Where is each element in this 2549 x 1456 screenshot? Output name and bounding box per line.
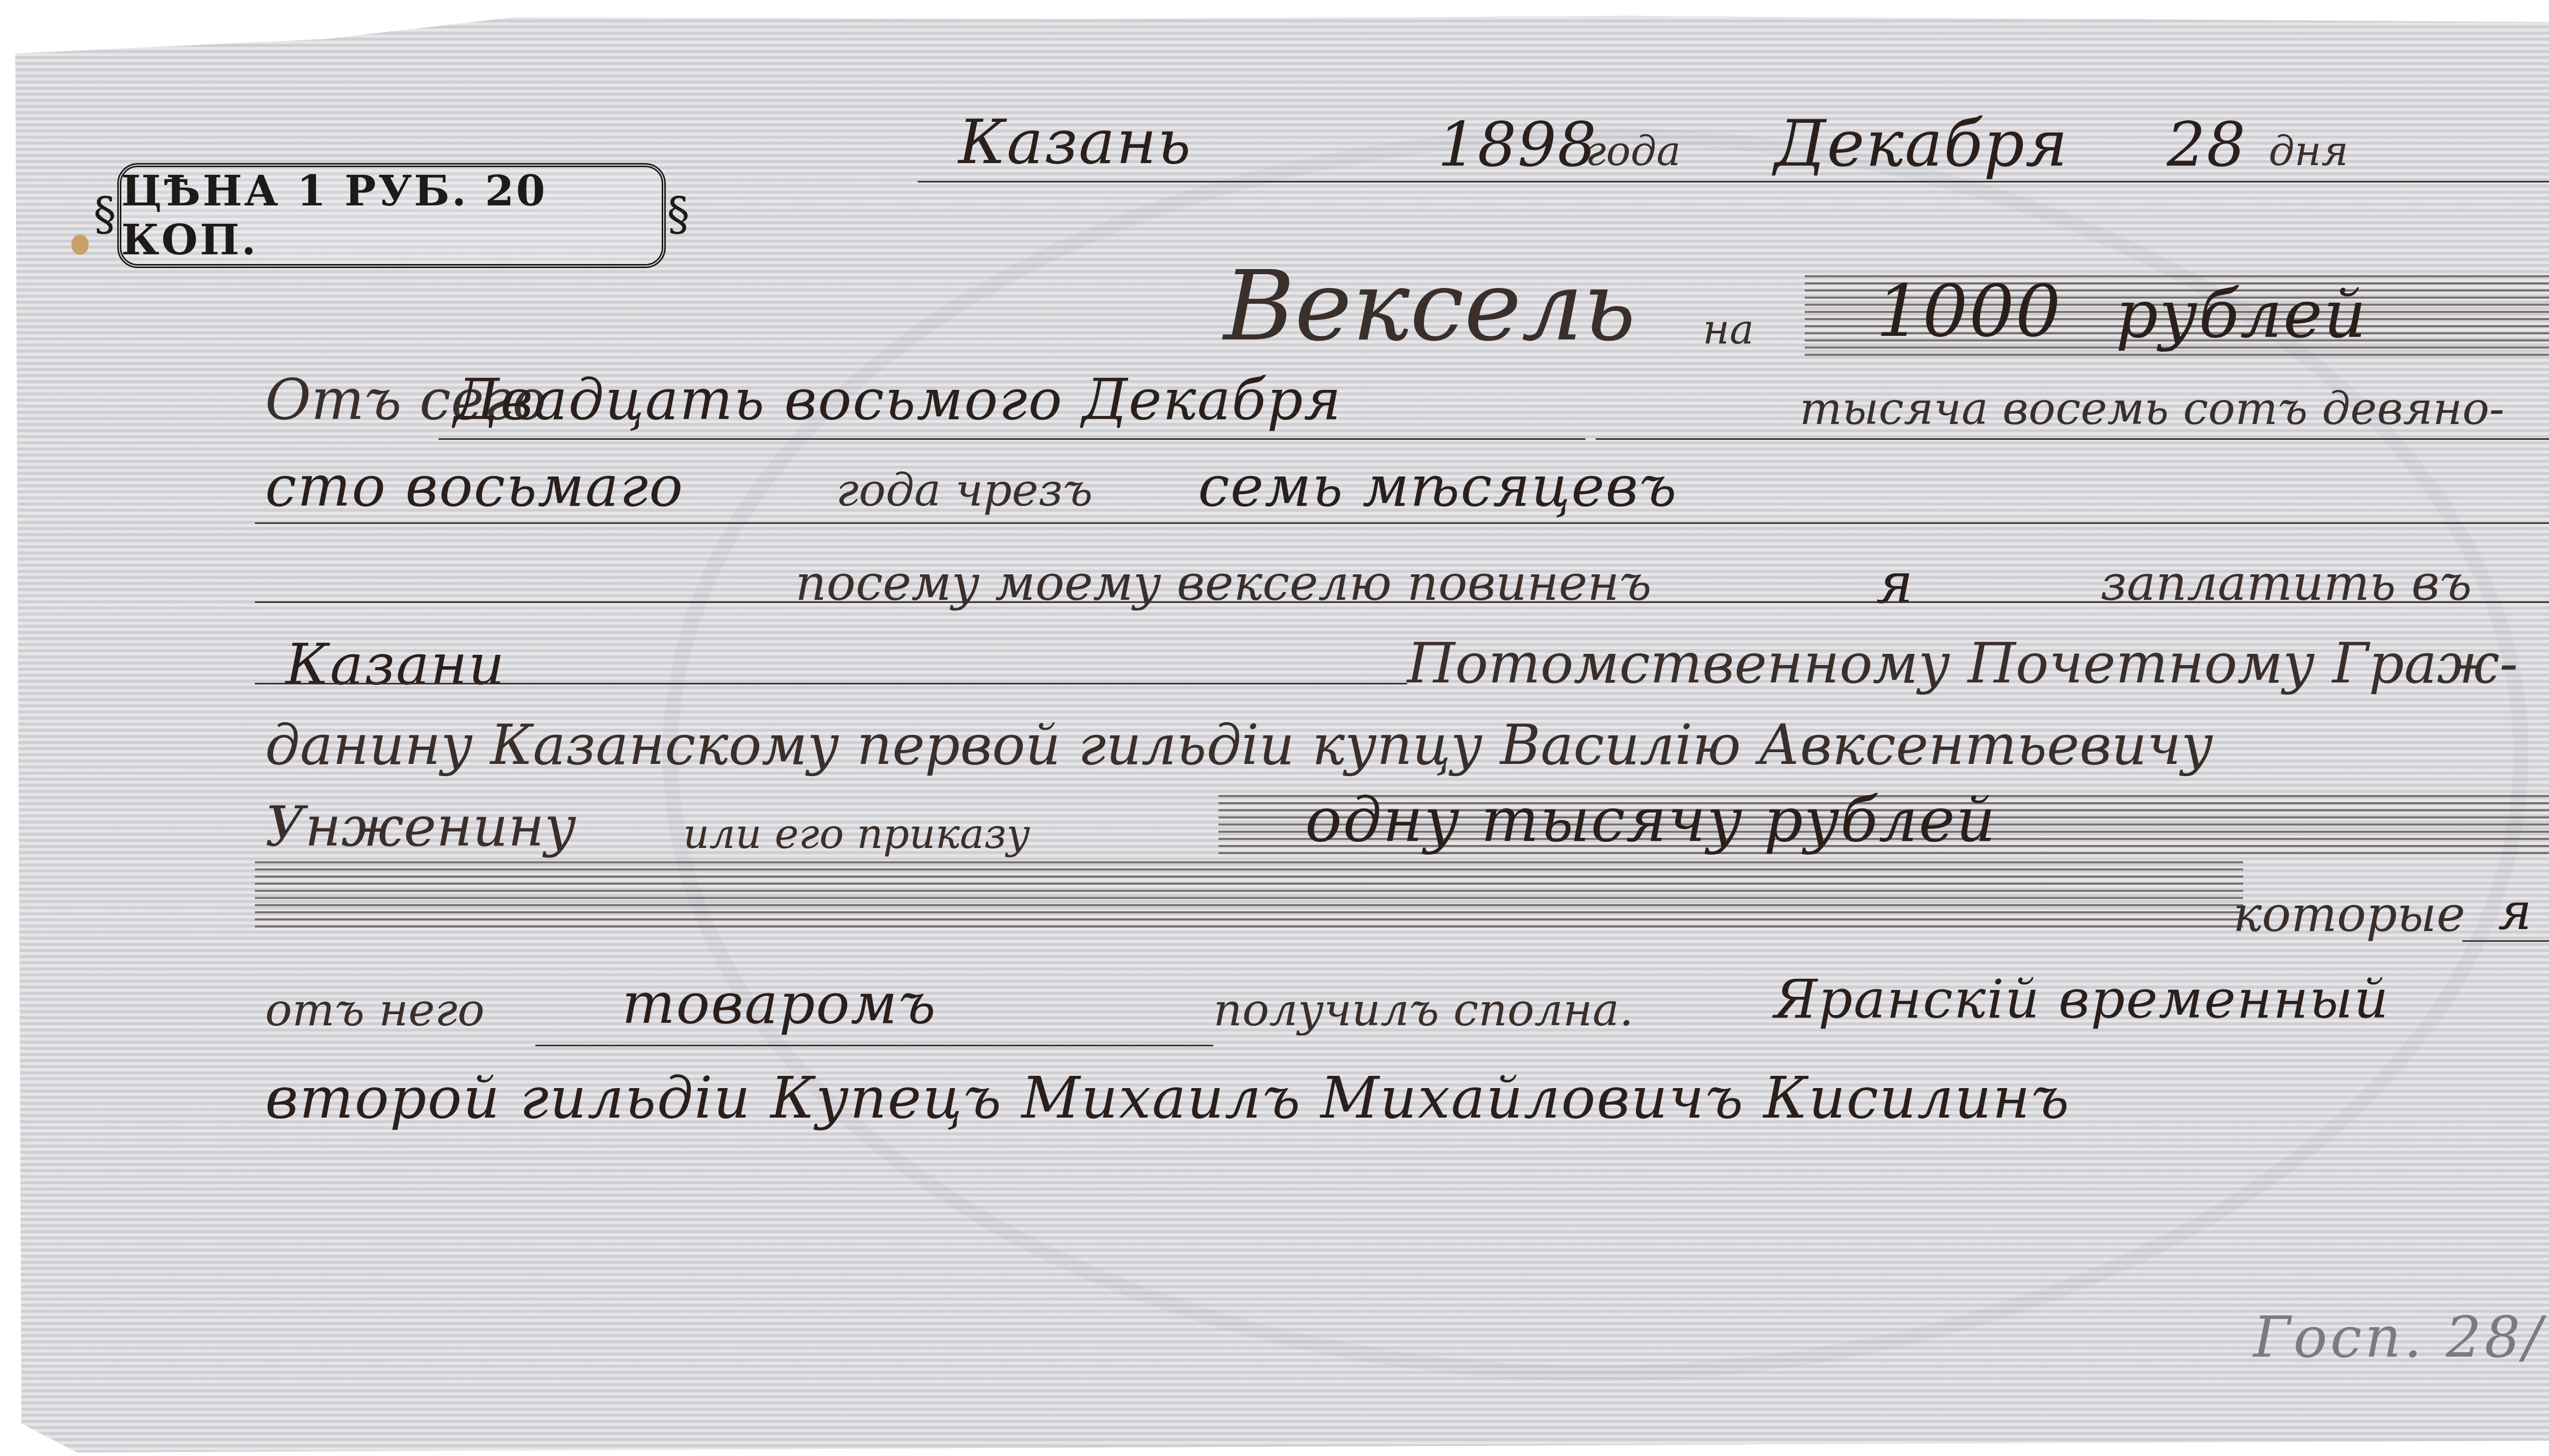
line5-printed: данину Казанскому первой гильдіи купцу В…	[265, 713, 2213, 777]
line3-handwritten: я	[1876, 550, 1914, 616]
document-title: Вексель	[1224, 250, 1636, 362]
line7-handwritten: я	[2498, 882, 2533, 941]
place-field: Казань	[958, 107, 1192, 178]
year-suffix: года	[1585, 127, 1681, 175]
line7-printed: которые	[2233, 887, 2465, 943]
price-label-box: ЦѢНА 1 РУБ. 20 КОП.	[117, 163, 666, 268]
line2-printed: года чрезъ	[836, 464, 1093, 516]
blank-hatch-field	[255, 861, 2243, 933]
amount-field: 1000	[1876, 270, 2062, 353]
day-field: 28	[2167, 110, 2247, 180]
line1-underline	[438, 438, 1585, 440]
line3-printed-2: заплатить въ	[2100, 555, 2472, 612]
sum-in-words: одну тысячу рублей	[1305, 785, 1996, 856]
line4-underline	[255, 683, 1407, 684]
line8-signer-rank: Яранскій временный	[1774, 968, 2389, 1030]
currency-field: рублей	[2116, 275, 2367, 353]
line7-underline	[2462, 940, 2549, 942]
line6-order: или его приказу	[683, 810, 1030, 858]
line8-underline	[535, 1045, 1213, 1046]
header-underline	[918, 181, 2549, 182]
line4-city-handwritten: Казани	[285, 632, 506, 697]
month-field: Декабря	[1774, 107, 2069, 181]
pencil-annotation: Госп. 28/ Авг. 99 г.	[2253, 1305, 2549, 1370]
line3-printed: посему моему векселю повиненъ	[795, 555, 1652, 612]
line1-underline-2	[1596, 438, 2549, 440]
line8-printed: отъ него	[265, 984, 485, 1036]
signature: второй гильдіи Купецъ Михаилъ Михайлович…	[265, 1065, 2070, 1131]
line6-payee-surname: Унженину	[265, 795, 576, 859]
day-suffix: дня	[2269, 127, 2348, 175]
line2-underline	[255, 522, 2549, 524]
line1-date-handwritten: Двадцать восьмого Декабря	[454, 367, 1342, 432]
line2-handwritten: сто восьмаго	[265, 454, 684, 519]
line2-term-handwritten: семь мѣсяцевъ	[1198, 454, 1678, 519]
line3-underline	[255, 601, 2549, 603]
stain-mark	[71, 234, 89, 255]
price-label: ЦѢНА 1 РУБ. 20 КОП.	[121, 167, 662, 264]
line8-goods-handwritten: товаромъ	[622, 971, 937, 1036]
line8-printed-2: получилъ сполна.	[1213, 984, 1633, 1036]
line4-printed: Потомственному Почетному Граж-	[1407, 632, 2518, 696]
line1-printed-2: тысяча восемь сотъ девяно-	[1800, 382, 2505, 435]
title-on: на	[1703, 306, 1754, 353]
year-field: 1898	[1438, 110, 1597, 180]
